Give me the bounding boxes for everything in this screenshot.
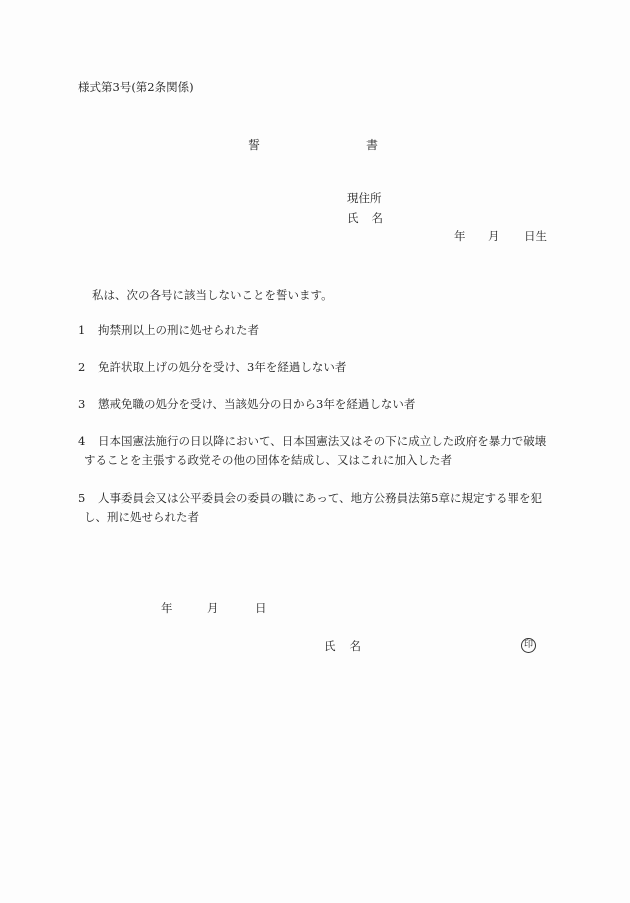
address-label: 現住所 — [347, 193, 382, 205]
signature-day-label: 日 — [255, 603, 267, 615]
name-label-first: 氏 — [324, 639, 336, 653]
birth-month-label: 月 — [488, 231, 500, 243]
item-text: 日本国憲法施行の日以降において、日本国憲法又はその下に成立した政府を暴力で破壊 — [98, 434, 546, 448]
signature-name-label: 氏名 — [324, 641, 361, 653]
title-char-oath: 誓 — [248, 139, 260, 151]
item-text: 拘禁刑以上の刑に処せられた者 — [98, 323, 259, 337]
item-text: 懲戒免職の処分を受け、当該処分の日から3年を経過しない者 — [98, 397, 415, 411]
signature-month-label: 月 — [207, 603, 219, 615]
item-number: 2 — [78, 362, 98, 374]
name-label-first: 氏 — [347, 211, 359, 225]
name-label-second: 名 — [350, 639, 362, 653]
item-text-continuation: することを主張する政党その他の団体を結成し、又はこれに加入した者 — [84, 455, 452, 467]
applicant-name-label: 氏名 — [347, 213, 383, 225]
item-text: 人事委員会又は公平委員会の委員の職にあって、地方公務員法第5章に規定する罪を犯 — [98, 491, 542, 505]
item-number: 5 — [78, 493, 98, 505]
list-item: 1拘禁刑以上の刑に処せられた者 — [78, 325, 259, 337]
item-number: 1 — [78, 325, 98, 337]
name-label-second: 名 — [372, 211, 384, 225]
seal-icon: 印 — [521, 638, 536, 653]
signature-year-label: 年 — [161, 603, 173, 615]
list-item: 3懲戒免職の処分を受け、当該処分の日から3年を経過しない者 — [78, 399, 415, 411]
birth-day-label: 日生 — [524, 231, 547, 243]
list-item: 4日本国憲法施行の日以降において、日本国憲法又はその下に成立した政府を暴力で破壊 — [78, 436, 546, 448]
item-number: 4 — [78, 436, 98, 448]
birth-year-label: 年 — [454, 231, 466, 243]
form-number: 様式第3号(第2条関係) — [78, 82, 194, 94]
title-char-document: 書 — [366, 139, 378, 151]
declaration-text: 私は、次の各号に該当しないことを誓います。 — [92, 290, 333, 302]
item-text: 免許状取上げの処分を受け、3年を経過しない者 — [98, 360, 346, 374]
list-item: 5人事委員会又は公平委員会の委員の職にあって、地方公務員法第5章に規定する罪を犯 — [78, 493, 542, 505]
item-text-continuation: し、刑に処せられた者 — [84, 512, 199, 524]
item-number: 3 — [78, 399, 98, 411]
list-item: 2免許状取上げの処分を受け、3年を経過しない者 — [78, 362, 346, 374]
